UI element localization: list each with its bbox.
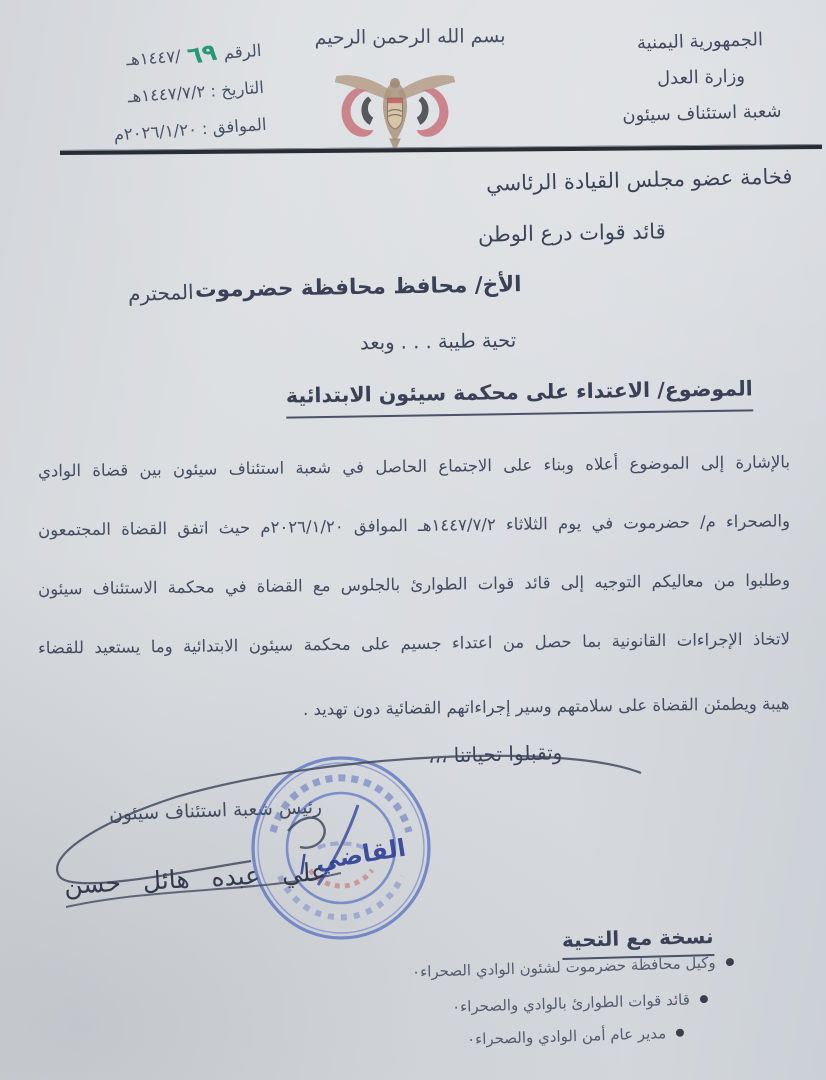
body-line-5: هيبة ويطمئن القضاة على سلامتهم وسير إجرا… bbox=[303, 694, 790, 719]
bullet-icon bbox=[676, 1029, 684, 1037]
scanned-letter-page: الجمهورية اليمنية وزارة العدل شعبة استئن… bbox=[0, 0, 826, 1080]
body-line-2: والصحراء م/ حضرموت في يوم الثلاثاء ١٤٤٧/… bbox=[38, 511, 790, 539]
recipient-line-council: فخامة عضو مجلس القيادة الرئاسي bbox=[485, 164, 792, 195]
ref-label: الرقم bbox=[222, 32, 262, 72]
ref-suffix: /١٤٤٧هـ bbox=[125, 38, 182, 79]
cc-item-security-director: مدير عام أمن الوادي والصحراء٠ bbox=[467, 1024, 685, 1049]
org-block: الجمهورية اليمنية وزارة العدل شعبة استئن… bbox=[587, 21, 816, 135]
date-label: التاريخ : bbox=[209, 69, 265, 110]
bullet-icon bbox=[726, 958, 734, 966]
body-line-1: بالإشارة إلى الموضوع أعلاه وبناء على الا… bbox=[38, 452, 790, 480]
recipient-line-commander: قائد قوات درع الوطن bbox=[478, 219, 666, 246]
salutation: تحية طيبة . . . وبعد bbox=[360, 329, 517, 355]
basmala: بسم الله الرحمن الرحيم bbox=[300, 25, 520, 49]
org-line-division: شعبة استئناف سيئون bbox=[589, 93, 816, 135]
gregorian-value: ٢٠٢٦/١/٢٠م bbox=[112, 111, 198, 154]
gregorian-label: الموافق : bbox=[201, 106, 268, 147]
cc-item-emergency-forces-commander: قائد قوات الطوارئ بالوادي والصحراء٠ bbox=[452, 990, 708, 1016]
subject-line: الموضوع/ الاعتداء على محكمة سيئون الابتد… bbox=[286, 376, 753, 418]
cc-item-deputy-governor: وكيل محافظة حضرموت لشئون الوادي الصحراء٠ bbox=[412, 953, 734, 981]
honorific: المحترم bbox=[128, 280, 194, 306]
closing-phrase: وتقبلوا تحياتنا ،،، bbox=[427, 740, 562, 768]
body-line-3: وطلبوا من معاليكم التوجيه إلى قائد قوات … bbox=[38, 570, 790, 598]
ref-number-handwritten: ٦٩ bbox=[185, 34, 220, 76]
date-value: ١٤٤٧/٧/٢هـ bbox=[126, 73, 206, 115]
body-line-4: لاتخاذ الإجراءات القانونية بما حصل من اع… bbox=[38, 629, 790, 657]
yemen-emblem-icon bbox=[328, 60, 462, 158]
bullet-icon bbox=[700, 995, 708, 1003]
recipient-line-governor: الأخ/ محافظ محافظة حضرموت bbox=[195, 272, 522, 303]
ref-block: الرقم ٦٩ /١٤٤٧هـ التاريخ : ١٤٤٧/٧/٢هـ ال… bbox=[23, 32, 268, 159]
